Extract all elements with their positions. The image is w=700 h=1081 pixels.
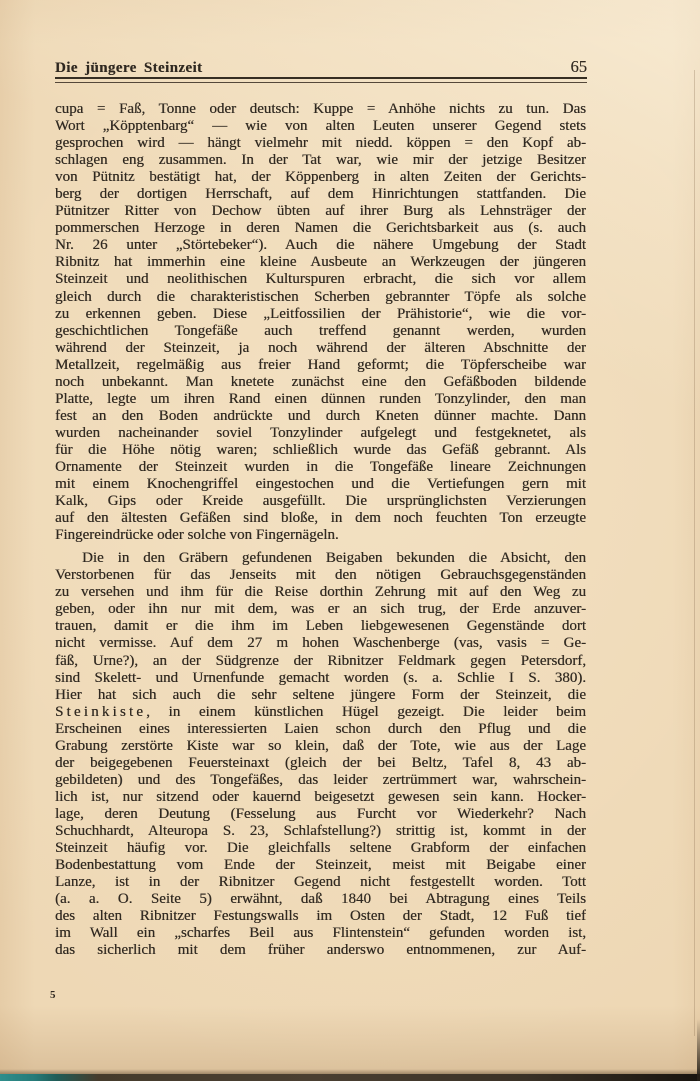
text-line: (a. a. O. Seite 5) erwähnt, daß 1840 bei… <box>55 891 586 908</box>
text-line: während der Steinzeit, ja noch während d… <box>55 340 586 357</box>
text-line: gleich durch die charakteristischen Sche… <box>55 289 586 306</box>
text-line: trauen, damit er die ihm im Leben liebge… <box>55 618 586 635</box>
text-line: geschichtlichen Tongefäße auch treffend … <box>55 323 586 340</box>
text-line: Bodenbestattung vom Ende der Steinzeit, … <box>55 857 586 874</box>
text-line: im Wall ein „scharfes Beil aus Flintenst… <box>55 925 586 942</box>
text-line: pommerschen Herzoge in deren Namen die G… <box>55 220 586 237</box>
text-line: Lanze, ist in der Ribnitzer Gegend nicht… <box>55 874 586 891</box>
text-line: sind Skelett- und Urnenfunde gemacht wor… <box>55 670 586 687</box>
text-line: des alten Ribnitzer Festungswalls im Ost… <box>55 908 586 925</box>
text-line: noch unbekannt. Man knetete zunächst ein… <box>55 374 586 391</box>
text-line: fest an den Boden andrückte und durch Kn… <box>55 408 586 425</box>
text-line: lich ist, nur sitzend oder kauernd beige… <box>55 789 586 806</box>
text-line: mit einem Knochengriffel eingestochen un… <box>55 476 586 493</box>
text-line: Nr. 26 unter „Störtebeker“). Auch die nä… <box>55 237 586 254</box>
header-rule-thick <box>55 77 587 79</box>
running-header: Die jüngere Steinzeit 65 <box>55 57 587 77</box>
paragraph: Die in den Gräbern gefundenen Beigaben b… <box>55 550 586 959</box>
text-line: Schuchhardt, Alteuropa S. 23, Schlafstel… <box>55 823 586 840</box>
text-line: Platte, legte um ihren Rand einen dünnen… <box>55 391 586 408</box>
text-line: auf den ältesten Gefäßen sind bloße, in … <box>55 510 586 527</box>
text-line: zu erkennen geben. Diese „Leitfossilien … <box>55 306 586 323</box>
text-line: lage, deren Deutung (Fesselung aus Furch… <box>55 806 586 823</box>
text-line: Ornamente der Steinzeit wurden in die To… <box>55 459 586 476</box>
text-line: Metallzeit, regelmäßig aus freier Hand g… <box>55 357 586 374</box>
text-line: für die Höhe nötig waren; schließlich wu… <box>55 442 586 459</box>
text-line: Erscheinen eines interessierten Laien sc… <box>55 721 586 738</box>
text-line: gesprochen wird — hängt vielmehr mit nie… <box>55 135 586 152</box>
text-line: der beigegebenen Feuersteinaxt (gleich d… <box>55 755 586 772</box>
text-line: Die in den Gräbern gefundenen Beigaben b… <box>55 550 586 567</box>
text-line: Grabung zerstörte Kiste war so klein, da… <box>55 738 586 755</box>
text-line: Ribnitz hat immerhin eine kleine Ausbeut… <box>55 254 586 271</box>
header-rule-thin <box>55 82 587 83</box>
paragraph: cupa = Faß, Tonne oder deutsch: Kuppe = … <box>55 101 586 544</box>
text-line: nicht vermisse. Auf dem 27 m hohen Wasch… <box>55 635 586 652</box>
text-line: Steinkiste, in einem künstlichen Hügel g… <box>55 704 586 721</box>
text-line: wurden nacheinander soviel Tonzylinder a… <box>55 425 586 442</box>
text-line: Kalk, Gips oder Kreide ausgefüllt. Die u… <box>55 493 586 510</box>
page-body: cupa = Faß, Tonne oder deutsch: Kuppe = … <box>55 101 586 959</box>
text-line: berg der dortigen Herrschaft, auf dem Hi… <box>55 186 586 203</box>
text-line: Wort „Köpptenbarg“ — wie von alten Leute… <box>55 118 586 135</box>
page-edge-shadow <box>0 1074 700 1081</box>
text-line: Steinzeit häufig vor. Die gleichfalls se… <box>55 840 586 857</box>
text-line: Fingereindrücke oder solche von Fingernä… <box>55 527 586 544</box>
text-line: Steinzeit und neolithischen Kulturspuren… <box>55 271 586 288</box>
text-line: schlagen eng zusammen. In der Tat war, w… <box>55 152 586 169</box>
signature-mark: 5 <box>50 989 56 1001</box>
text-line: Pütnitzer Ritter von Dechow übten auf ih… <box>55 203 586 220</box>
header-rule <box>55 77 587 83</box>
text-line: Hier hat sich auch die sehr seltene jüng… <box>55 687 586 704</box>
text-line: geben, oder ihn nur mit dem, was er an s… <box>55 601 586 618</box>
text-line: von Pütnitz bestätigt hat, der Köppenber… <box>55 169 586 186</box>
text-line: das sicherlich mit dem früher anderswo e… <box>55 942 586 959</box>
text-line: Verstorbenen für das Jenseits mit den nö… <box>55 567 586 584</box>
scanned-book-page: Die jüngere Steinzeit 65 cupa = Faß, Ton… <box>0 0 700 1081</box>
page-number: 65 <box>571 57 588 77</box>
text-line: cupa = Faß, Tonne oder deutsch: Kuppe = … <box>55 101 586 118</box>
scan-artifact-line <box>694 70 695 1036</box>
chapter-title: Die jüngere Steinzeit <box>55 60 202 77</box>
text-line: fäß, Urne?), an der Südgrenze der Ribnit… <box>55 653 586 670</box>
letterspaced-term: Steinkiste <box>55 704 146 720</box>
text-line: zu versehen und ihm für die Reise dorthi… <box>55 584 586 601</box>
text-line: gebildeten) und des Tongefäßes, das leid… <box>55 772 586 789</box>
